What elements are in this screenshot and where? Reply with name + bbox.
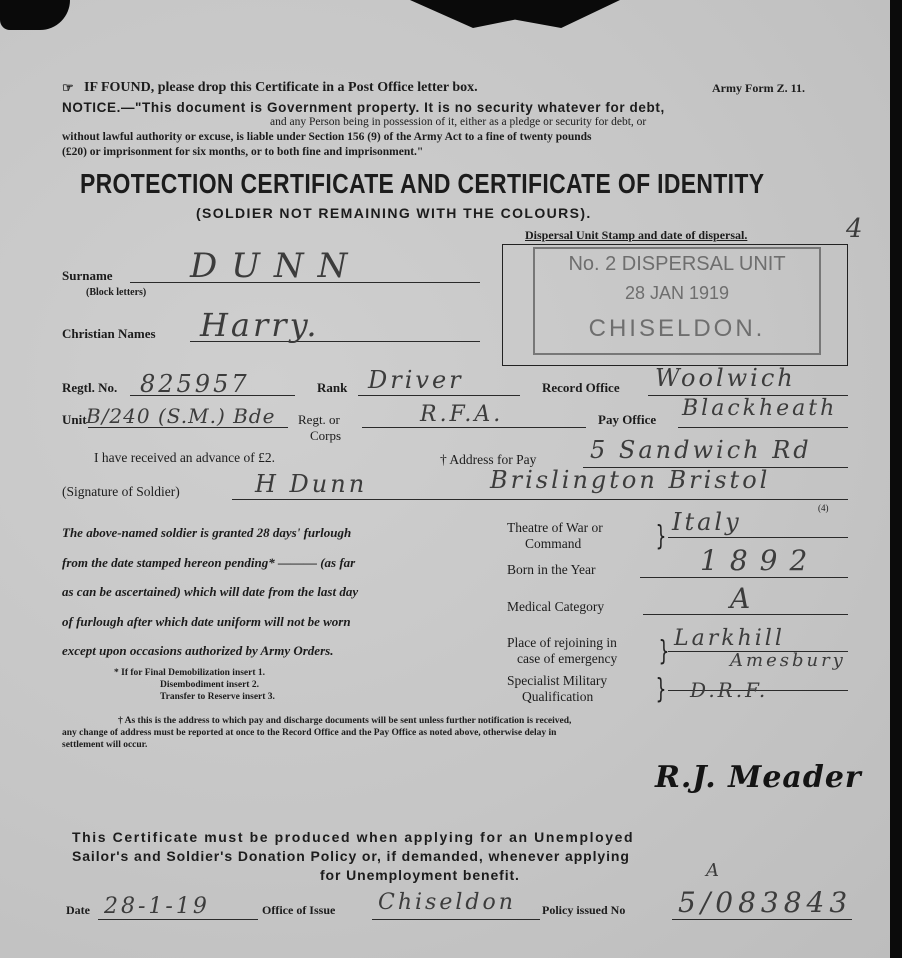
surname-value[interactable]: DUNN <box>190 246 361 286</box>
footnote-3: Transfer to Reserve insert 3. <box>160 692 275 702</box>
regt-corps-label: Regt. or <box>298 412 340 428</box>
specialist-label-2: Qualification <box>522 689 593 705</box>
rank-line <box>358 395 520 396</box>
christian-names-value[interactable]: Harry. <box>200 306 320 344</box>
furlough-line-3: as can be ascertained) which will date f… <box>62 577 358 607</box>
furlough-line-4: of furlough after which date uniform wil… <box>62 607 358 637</box>
policy-no-label: Policy issued No <box>542 903 625 918</box>
production-notice-3: for Unemployment benefit. <box>320 867 520 883</box>
surname-label: Surname <box>62 268 113 284</box>
notice-text: NOTICE.—"This document is Government pro… <box>62 100 842 116</box>
date-line <box>98 919 258 920</box>
rank-value[interactable]: Driver <box>368 366 464 394</box>
address-note-1: † As this is the address to which pay an… <box>118 716 571 726</box>
production-notice-2: Sailor's and Soldier's Donation Policy o… <box>72 848 630 864</box>
address-note-3: settlement will occur. <box>62 740 147 750</box>
pay-office-value[interactable]: Blackheath <box>682 396 837 421</box>
stamp-unit: No. 2 DISPERSAL UNIT <box>535 253 819 276</box>
regtl-no-label: Regtl. No. <box>62 380 117 396</box>
furlough-line-5: except upon occasions authorized by Army… <box>62 636 358 666</box>
brace-icon: } <box>656 675 667 703</box>
furlough-line-2: from the date stamped hereon pending* ——… <box>62 548 358 578</box>
signature-label: (Signature of Soldier) <box>62 484 180 500</box>
stamp-date: 28 JAN 1919 <box>535 283 819 304</box>
footnote-mark: (4) <box>818 503 829 513</box>
date-value[interactable]: 28-1-19 <box>104 894 210 919</box>
furlough-line-1: The above-named soldier is granted 28 da… <box>62 518 358 548</box>
regt-corps-label-2: Corps <box>310 428 341 444</box>
record-office-value[interactable]: Woolwich <box>655 364 796 392</box>
policy-no-value[interactable]: 5/083843 <box>678 886 852 919</box>
pay-office-label: Pay Office <box>598 412 656 428</box>
page-subtitle: (SOLDIER NOT REMAINING WITH THE COLOURS)… <box>196 205 592 221</box>
specialist-value[interactable]: D.R.F. <box>690 678 768 702</box>
born-year-value[interactable]: 1892 <box>700 544 819 577</box>
form-number: Army Form Z. 11. <box>712 81 805 96</box>
rank-label: Rank <box>317 380 347 396</box>
rejoining-label: Place of rejoining in <box>507 635 617 651</box>
soldier-signature[interactable]: H Dunn <box>255 470 367 498</box>
officer-signature: R.J. Meader <box>655 760 862 795</box>
margin-number: 4 <box>846 214 866 244</box>
footnote-2: Disembodiment insert 2. <box>160 680 259 690</box>
record-office-label: Record Office <box>542 380 620 396</box>
rejoining-value-2[interactable]: Amesbury <box>730 650 846 671</box>
address-value-2[interactable]: Brislington Bristol <box>490 466 770 494</box>
notice-line2: without lawful authority or excuse, is l… <box>62 131 592 143</box>
stamp-label: Dispersal Unit Stamp and date of dispers… <box>525 228 747 243</box>
regt-corps-line <box>362 427 586 428</box>
furlough-paragraph: The above-named soldier is granted 28 da… <box>62 518 358 666</box>
regtl-no-value[interactable]: 825957 <box>140 370 250 398</box>
page-title: PROTECTION CERTIFICATE AND CERTIFICATE O… <box>80 168 764 200</box>
office-of-issue-value[interactable]: Chiseldon <box>378 890 516 915</box>
notice-line1-rest: and any Person being in possession of it… <box>270 116 646 128</box>
unit-value[interactable]: B/240 (S.M.) Bde <box>86 404 275 428</box>
office-of-issue-label: Office of Issue <box>262 903 335 918</box>
regt-corps-value[interactable]: R.F.A. <box>420 402 503 427</box>
date-label: Date <box>66 903 90 918</box>
office-of-issue-line <box>372 919 540 920</box>
notice-line3: (£20) or imprisonment for six months, or… <box>62 146 423 158</box>
unit-label: Unit <box>62 412 87 428</box>
born-year-label: Born in the Year <box>507 562 596 578</box>
production-notice-1: This Certificate must be produced when a… <box>72 829 634 845</box>
advance-text: I have received an advance of £2. <box>94 450 275 466</box>
rejoining-label-2: case of emergency <box>517 651 617 667</box>
footnote-1: * If for Final Demobilization insert 1. <box>114 668 265 678</box>
pointing-hand-icon: ☞ <box>62 80 74 96</box>
policy-prefix-mark: A <box>706 860 722 881</box>
specialist-label: Specialist Military <box>507 673 607 689</box>
christian-names-label: Christian Names <box>62 326 156 342</box>
surname-sublabel: (Block letters) <box>86 287 146 298</box>
brace-icon: } <box>656 522 667 550</box>
rejoining-value[interactable]: Larkhill <box>674 626 785 651</box>
policy-no-line <box>672 919 852 920</box>
theatre-label-2: Command <box>525 536 581 552</box>
theatre-label: Theatre of War or <box>507 520 603 536</box>
address-note-2: any change of address must be reported a… <box>62 728 556 738</box>
theatre-value[interactable]: Italy <box>672 508 742 536</box>
dispersal-stamp: No. 2 DISPERSAL UNIT 28 JAN 1919 CHISELD… <box>533 247 821 355</box>
medical-category-value[interactable]: A <box>730 582 753 615</box>
notice-bold: NOTICE.—"This document is Government pro… <box>62 100 665 115</box>
signature-line <box>232 499 848 500</box>
scan-border <box>890 0 902 958</box>
theatre-line <box>668 537 848 538</box>
medical-category-label: Medical Category <box>507 599 604 615</box>
stamp-location: CHISELDON. <box>535 315 819 343</box>
pay-office-line <box>678 427 848 428</box>
address-value-1[interactable]: 5 Sandwich Rd <box>590 436 812 464</box>
born-year-line <box>640 577 848 578</box>
if-found-notice: IF FOUND, please drop this Certificate i… <box>84 80 478 96</box>
